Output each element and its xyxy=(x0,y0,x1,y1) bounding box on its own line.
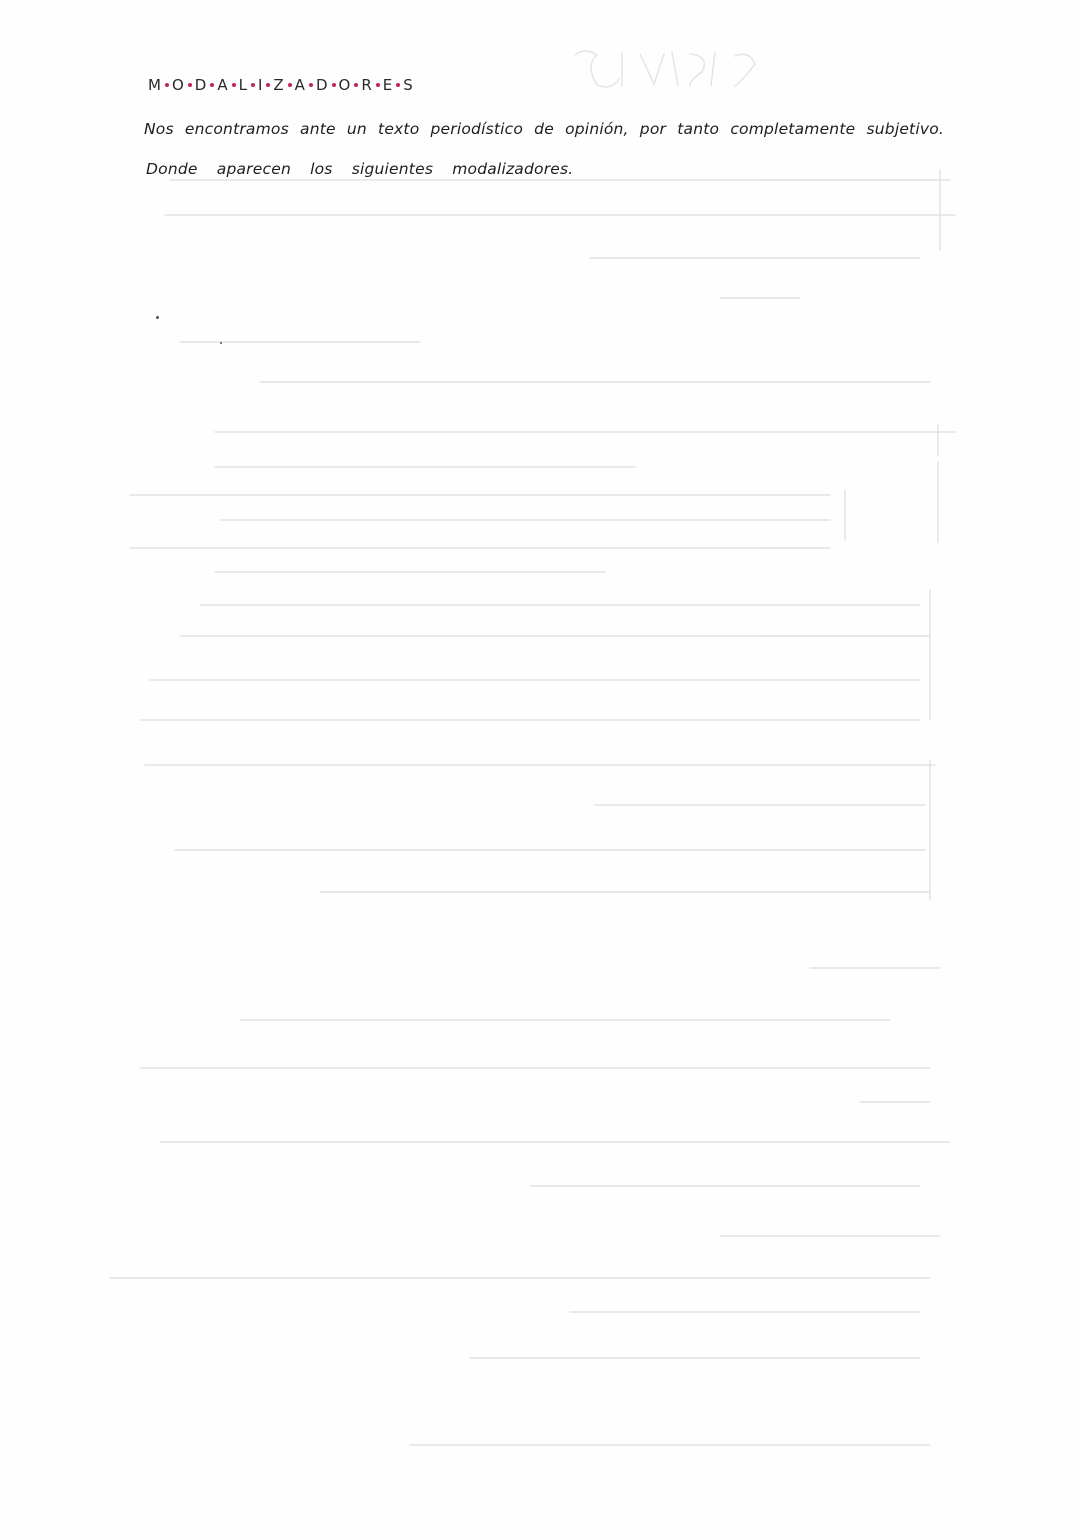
body-text-line-1: Nos encontramos ante un texto periodísti… xyxy=(144,120,944,138)
title-dot-separator xyxy=(354,83,358,87)
title-dot-separator xyxy=(266,83,270,87)
title-letter: D xyxy=(195,76,208,94)
title-letter: S xyxy=(403,76,414,94)
title-letter: O xyxy=(339,76,352,94)
ink-speck xyxy=(220,342,222,344)
title-dot-separator xyxy=(288,83,292,87)
title-dot-separator xyxy=(396,83,400,87)
title-letter: D xyxy=(316,76,329,94)
title-letter: O xyxy=(172,76,185,94)
title-dot-separator xyxy=(188,83,192,87)
title-letter: A xyxy=(295,76,306,94)
title-dot-separator xyxy=(332,83,336,87)
title-letter: M xyxy=(148,76,162,94)
section-title: MODALIZADORES xyxy=(148,76,414,94)
title-dot-separator xyxy=(165,83,169,87)
title-letter: R xyxy=(361,76,372,94)
ink-speck xyxy=(156,316,159,319)
title-dot-separator xyxy=(309,83,313,87)
title-letter: A xyxy=(217,76,228,94)
title-dot-separator xyxy=(210,83,214,87)
title-dot-separator xyxy=(232,83,236,87)
body-text-line-2: Donde aparecen los siguientes modalizado… xyxy=(146,160,573,178)
bleed-through-marks xyxy=(0,0,1080,1540)
title-letter: I xyxy=(258,76,263,94)
title-letter: E xyxy=(383,76,393,94)
title-dot-separator xyxy=(376,83,380,87)
title-letter: Z xyxy=(273,76,284,94)
title-dot-separator xyxy=(251,83,255,87)
title-letter: L xyxy=(239,76,248,94)
notebook-page: MODALIZADORES Nos encontramos ante un te… xyxy=(0,0,1080,1540)
